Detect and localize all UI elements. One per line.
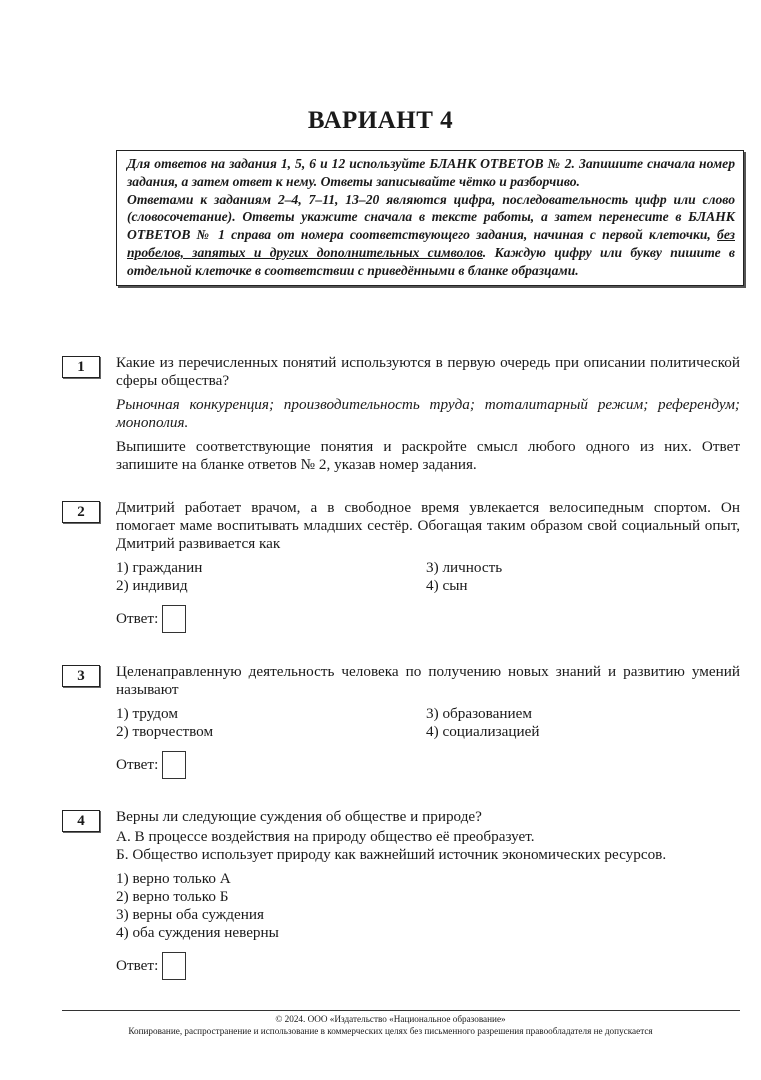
answer-label: Ответ: [116,756,158,774]
answer-box[interactable] [162,605,186,633]
answer-row: Ответ: [116,605,740,633]
instructions-para-1: Для ответов на задания 1, 5, 6 и 12 испо… [127,155,735,191]
page-title: ВАРИАНТ 4 [0,107,761,135]
options-list: 1) верно только А 2) верно только Б 3) в… [116,870,740,942]
instructions-box: Для ответов на задания 1, 5, 6 и 12 испо… [116,150,744,286]
task-number: 2 [62,501,100,523]
answer-row: Ответ: [116,952,740,980]
options-list: 1) трудом 3) образованием 2) творчеством… [116,705,740,741]
option: 3) образованием [426,705,726,723]
task-terms: Рыночная конкуренция; производительность… [116,396,740,432]
option: 4) оба суждения неверны [116,924,740,942]
option: 1) верно только А [116,870,740,888]
footer-divider [62,1010,740,1011]
task-question: Какие из перечисленных понятий использую… [116,354,740,390]
answer-label: Ответ: [116,610,158,628]
answer-box[interactable] [162,952,186,980]
options-list: 1) гражданин 3) личность 2) индивид 4) с… [116,559,740,595]
answer-box[interactable] [162,751,186,779]
task-question: Целенаправленную деятельность человека п… [116,663,740,699]
footer: © 2024. ООО «Издательство «Национальное … [0,1013,761,1037]
task-question: Верны ли следующие суждения об обществе … [116,808,740,826]
option: 1) гражданин [116,559,426,577]
task-question: Дмитрий работает врачом, а в свободное в… [116,499,740,553]
footer-copyright: © 2024. ООО «Издательство «Национальное … [0,1013,761,1025]
answer-row: Ответ: [116,751,740,779]
option: 3) верны оба суждения [116,906,740,924]
option: 1) трудом [116,705,426,723]
statement-a: А. В процессе воздействия на природу общ… [116,828,740,846]
footer-notice: Копирование, распространение и использов… [0,1025,761,1037]
statement-b: Б. Общество использует природу как важне… [116,846,740,864]
task-number: 1 [62,356,100,378]
option: 2) творчеством [116,723,426,741]
answer-label: Ответ: [116,957,158,975]
task-instruction: Выпишите соответствующие понятия и раскр… [116,438,740,474]
task-number: 4 [62,810,100,832]
option: 2) индивид [116,577,426,595]
option: 2) верно только Б [116,888,740,906]
option: 3) личность [426,559,726,577]
option: 4) сын [426,577,726,595]
instructions-para-2: Ответами к заданиям 2–4, 7–11, 13–20 явл… [127,191,735,280]
option: 4) социализацией [426,723,726,741]
task-number: 3 [62,665,100,687]
